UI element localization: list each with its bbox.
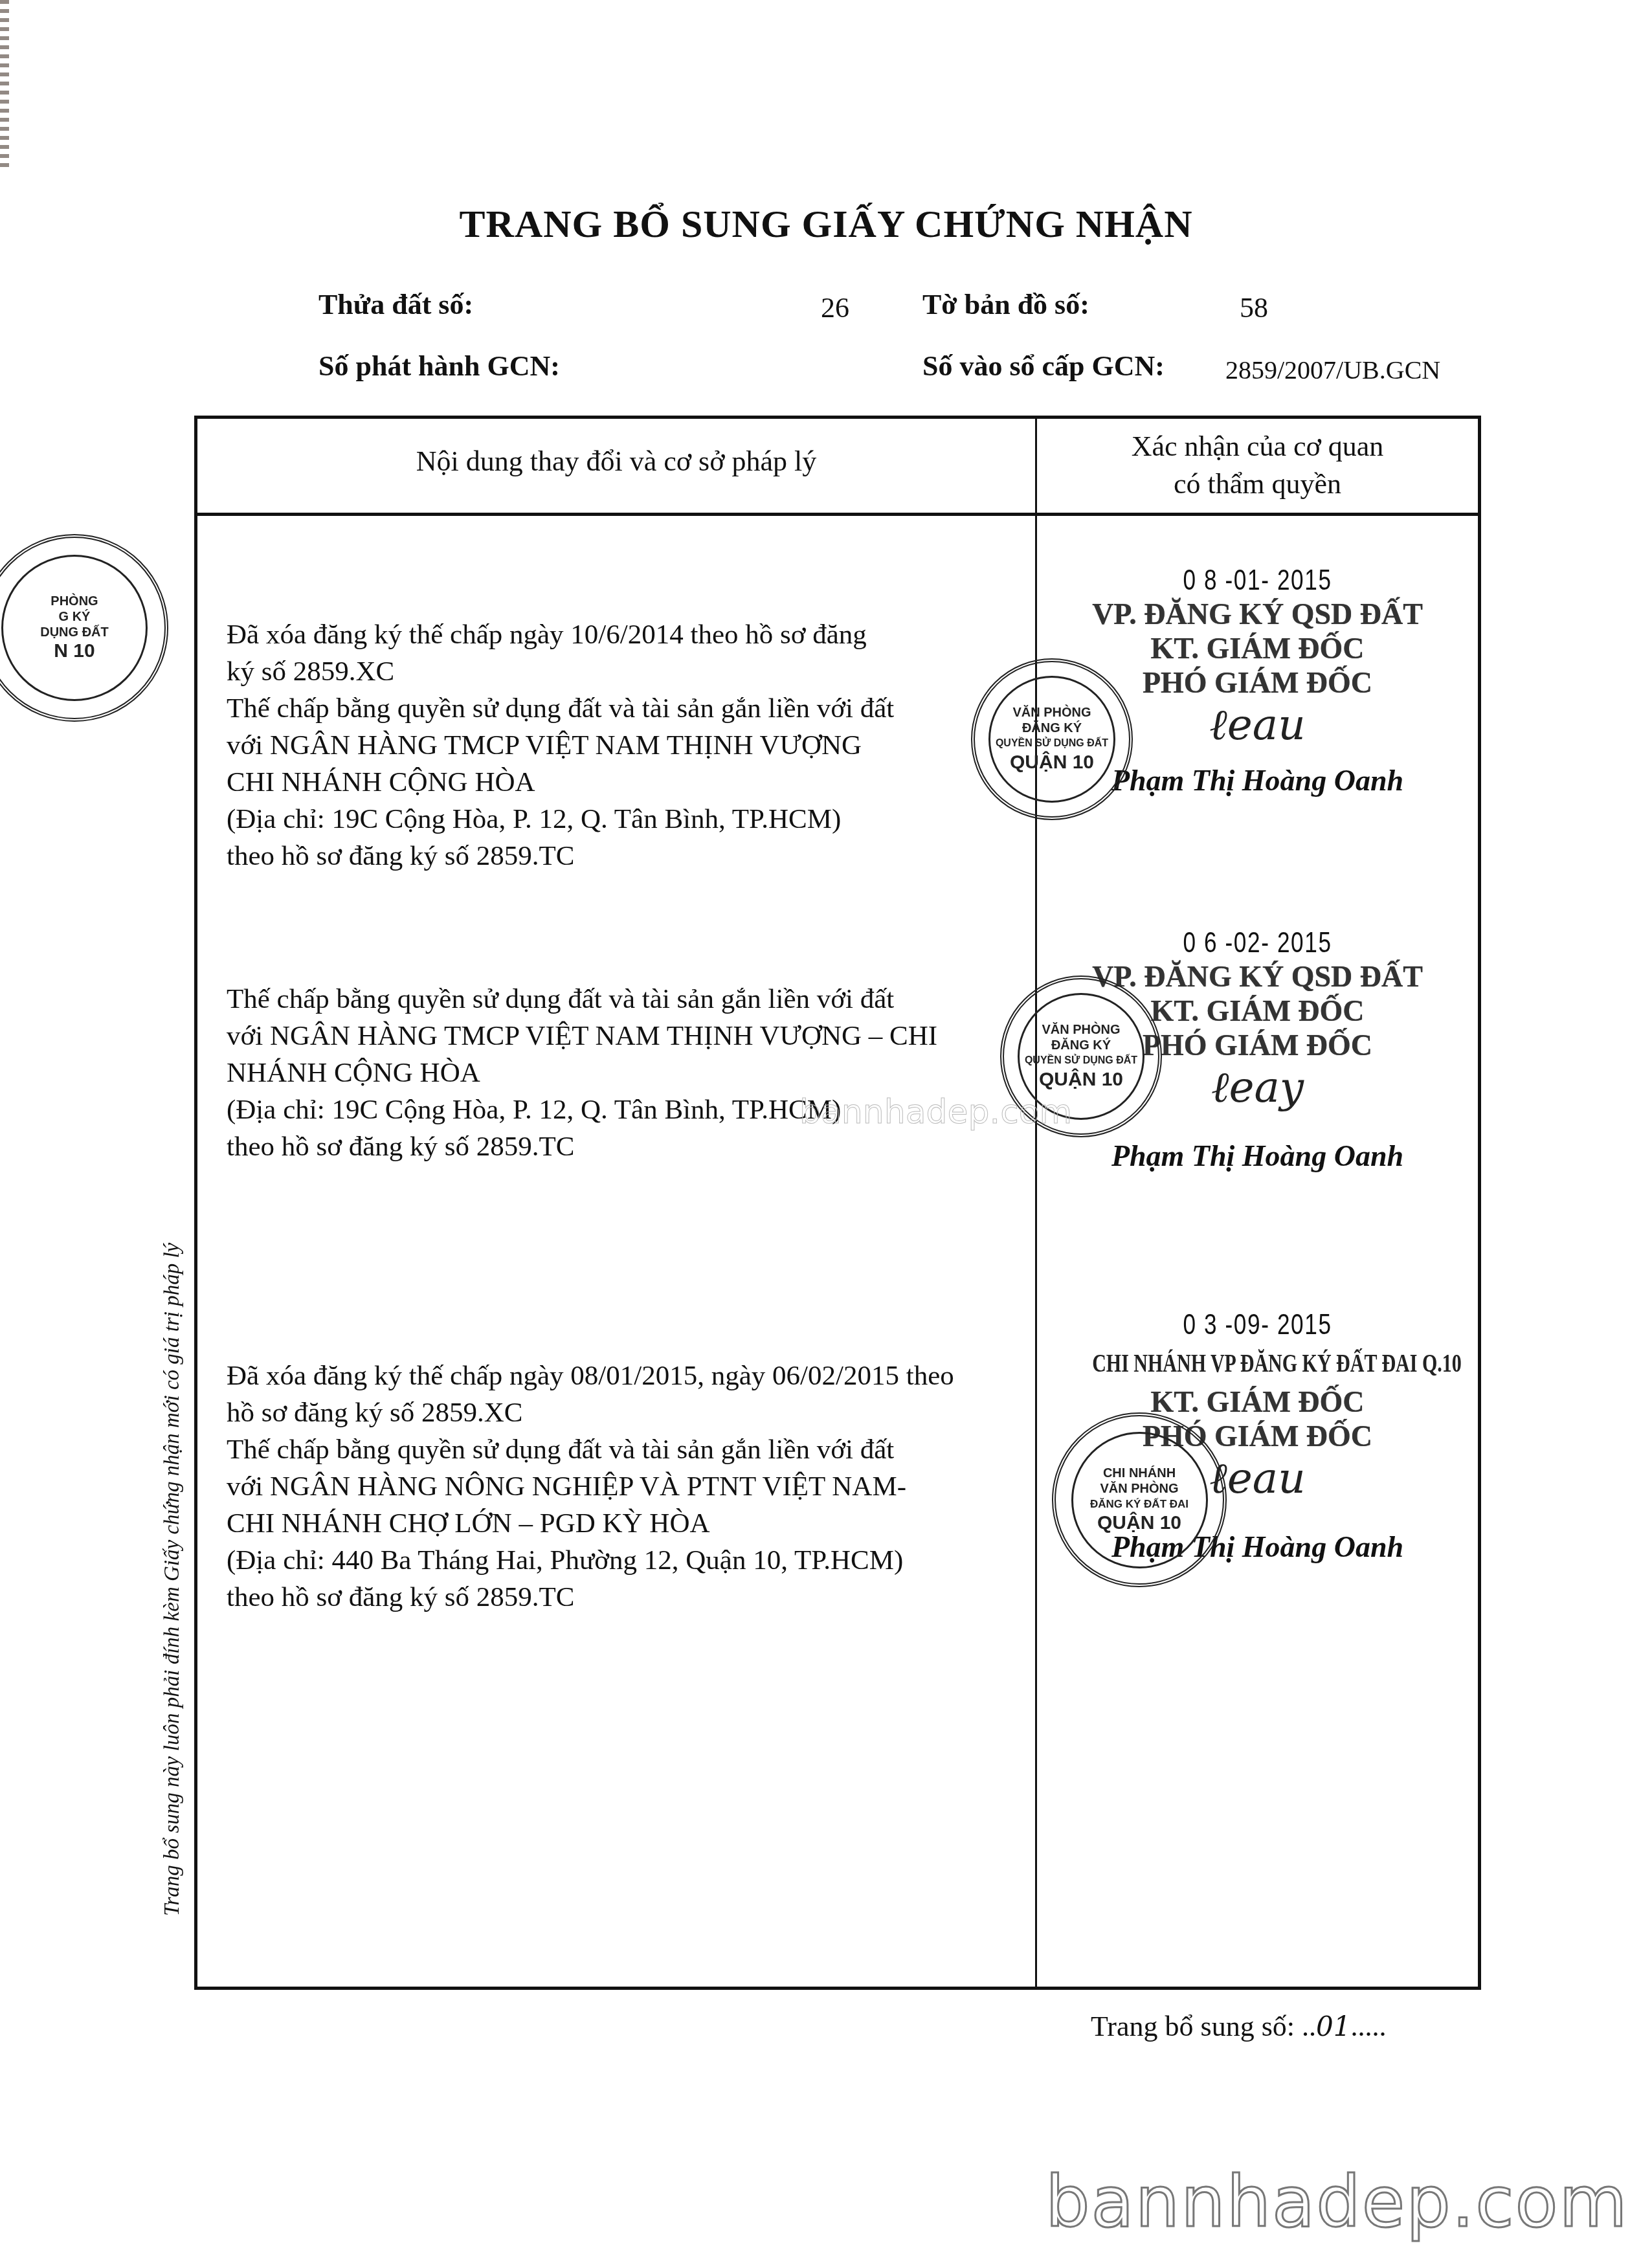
- entry-line: với NGÂN HÀNG TMCP VIỆT NAM THỊNH VƯỢNG …: [227, 1018, 1055, 1054]
- register-number-value: 2859/2007/UB.GCN: [1225, 355, 1440, 385]
- seal-line: QUYỀN SỬ DỤNG ĐẤT: [1025, 1053, 1137, 1069]
- entry-1-content: Đã xóa đăng ký thế chấp ngày 10/6/2014 t…: [227, 616, 1055, 875]
- issue-number-label: Số phát hành GCN:: [318, 350, 560, 383]
- seal-line: QUYỀN SỬ DỤNG ĐẤT: [996, 736, 1108, 752]
- seal-line: ĐĂNG KÝ: [1022, 720, 1082, 736]
- header-confirmation-line2: có thẩm quyền: [1037, 465, 1478, 503]
- page-dots: ..: [1302, 2011, 1316, 2042]
- entry-3-seal: CHI NHÁNH VĂN PHÒNG ĐĂNG KÝ ĐẤT ĐAI QUẬN…: [1052, 1412, 1227, 1587]
- amendment-table: Nội dung thay đổi và cơ sở pháp lý Xác n…: [194, 416, 1481, 1990]
- entry-3-content: Đã xóa đăng ký thế chấp ngày 08/01/2015,…: [227, 1357, 1055, 1616]
- margin-seal-line4: N 10: [54, 640, 95, 662]
- document-title: TRANG BỔ SUNG GIẤY CHỨNG NHẬN: [0, 202, 1652, 247]
- seal-line: ĐĂNG KÝ: [1051, 1038, 1111, 1053]
- entry-line: Đã xóa đăng ký thế chấp ngày 08/01/2015,…: [227, 1357, 1055, 1394]
- seal-line: QUẬN 10: [1010, 752, 1094, 774]
- confirmation-office: CHI NHÁNH VP ĐĂNG KÝ ĐẤT ĐAI Q.10: [1092, 1348, 1423, 1378]
- header-content: Nội dung thay đổi và cơ sở pháp lý: [197, 445, 1035, 478]
- header-confirmation-line1: Xác nhận của cơ quan: [1037, 428, 1478, 465]
- page-dots: .....: [1350, 2011, 1386, 2042]
- entry-line: CHI NHÁNH CỘNG HÒA: [227, 764, 1055, 801]
- signer-name: Phạm Thị Hoàng Oanh: [1037, 1139, 1478, 1173]
- confirmation-role1: KT. GIÁM ĐỐC: [1037, 1385, 1478, 1419]
- seal-line: ĐĂNG KÝ ĐẤT ĐAI: [1090, 1497, 1189, 1512]
- entry-line: CHI NHÁNH CHỢ LỚN – PGD KỲ HÒA: [227, 1505, 1055, 1542]
- map-sheet-value: 58: [1240, 291, 1268, 324]
- seal-line: VĂN PHÒNG: [1042, 1022, 1120, 1038]
- map-sheet-label: Tờ bản đồ số:: [922, 288, 1089, 321]
- entry-line: Thế chấp bằng quyền sử dụng đất và tài s…: [227, 981, 1055, 1018]
- parcel-label: Thửa đất số:: [318, 288, 473, 321]
- confirmation-date: 0 6 -02- 2015: [1081, 927, 1434, 959]
- header-confirmation: Xác nhận của cơ quan có thẩm quyền: [1037, 428, 1478, 503]
- entry-line: Thế chấp bằng quyền sử dụng đất và tài s…: [227, 1431, 1055, 1468]
- margin-seal: PHÒNG G KÝ DỤNG ĐẤT N 10: [0, 534, 168, 722]
- page-label: Trang bổ sung số:: [1091, 2011, 1295, 2042]
- parcel-value: 26: [821, 291, 849, 324]
- watermark: bannhadep.com: [1045, 2162, 1629, 2243]
- confirmation-office: VP. ĐĂNG KÝ QSD ĐẤT: [1037, 597, 1478, 631]
- seal-line: VĂN PHÒNG: [1012, 705, 1091, 720]
- entry-line: Đã xóa đăng ký thế chấp ngày 10/6/2014 t…: [227, 616, 1055, 653]
- seal-line: VĂN PHÒNG: [1100, 1481, 1178, 1497]
- side-note: Trang bổ sung này luôn phải đính kèm Giấ…: [161, 1243, 184, 1916]
- margin-seal-line2: G KÝ: [59, 609, 91, 625]
- seal-line: QUẬN 10: [1097, 1512, 1181, 1534]
- entry-line: ký số 2859.XC: [227, 653, 1055, 690]
- entry-line: theo hồ sơ đăng ký số 2859.TC: [227, 1579, 1055, 1616]
- entry-line: NHÁNH CỘNG HÒA: [227, 1054, 1055, 1091]
- confirmation-date: 0 8 -01- 2015: [1081, 564, 1434, 597]
- entry-line: hồ sơ đăng ký số 2859.XC: [227, 1394, 1055, 1431]
- entry-line: Thế chấp bằng quyền sử dụng đất và tài s…: [227, 690, 1055, 727]
- supplement-page-number: Trang bổ sung số: ..01.....: [1091, 2010, 1386, 2043]
- register-number-label: Số vào sổ cấp GCN:: [922, 350, 1165, 383]
- entry-line: (Địa chỉ: 19C Cộng Hòa, P. 12, Q. Tân Bì…: [227, 801, 1055, 838]
- entry-line: với NGÂN HÀNG TMCP VIỆT NAM THỊNH VƯỢNG: [227, 727, 1055, 764]
- entry-line: (Địa chỉ: 440 Ba Tháng Hai, Phường 12, Q…: [227, 1542, 1055, 1579]
- confirmation-date: 0 3 -09- 2015: [1081, 1309, 1434, 1341]
- page-number-handwritten: 01: [1316, 2011, 1350, 2042]
- watermark-inline: bannhadep.com: [799, 1093, 1072, 1131]
- seal-line: CHI NHÁNH: [1103, 1466, 1176, 1481]
- seal-line: QUẬN 10: [1039, 1069, 1123, 1091]
- header-divider: [197, 513, 1478, 516]
- confirmation-role1: KT. GIÁM ĐỐC: [1037, 631, 1478, 665]
- scan-edge-artifact: [0, 0, 9, 168]
- entry-line: theo hồ sơ đăng ký số 2859.TC: [227, 838, 1055, 875]
- entry-1-seal: VĂN PHÒNG ĐĂNG KÝ QUYỀN SỬ DỤNG ĐẤT QUẬN…: [971, 658, 1133, 820]
- entry-2-content: Thế chấp bằng quyền sử dụng đất và tài s…: [227, 981, 1055, 1165]
- margin-seal-line3: DỤNG ĐẤT: [40, 625, 109, 640]
- entry-line: theo hồ sơ đăng ký số 2859.TC: [227, 1128, 1055, 1165]
- margin-seal-line1: PHÒNG: [50, 594, 98, 609]
- entry-line: với NGÂN HÀNG NÔNG NGHIỆP VÀ PTNT VIỆT N…: [227, 1468, 1055, 1505]
